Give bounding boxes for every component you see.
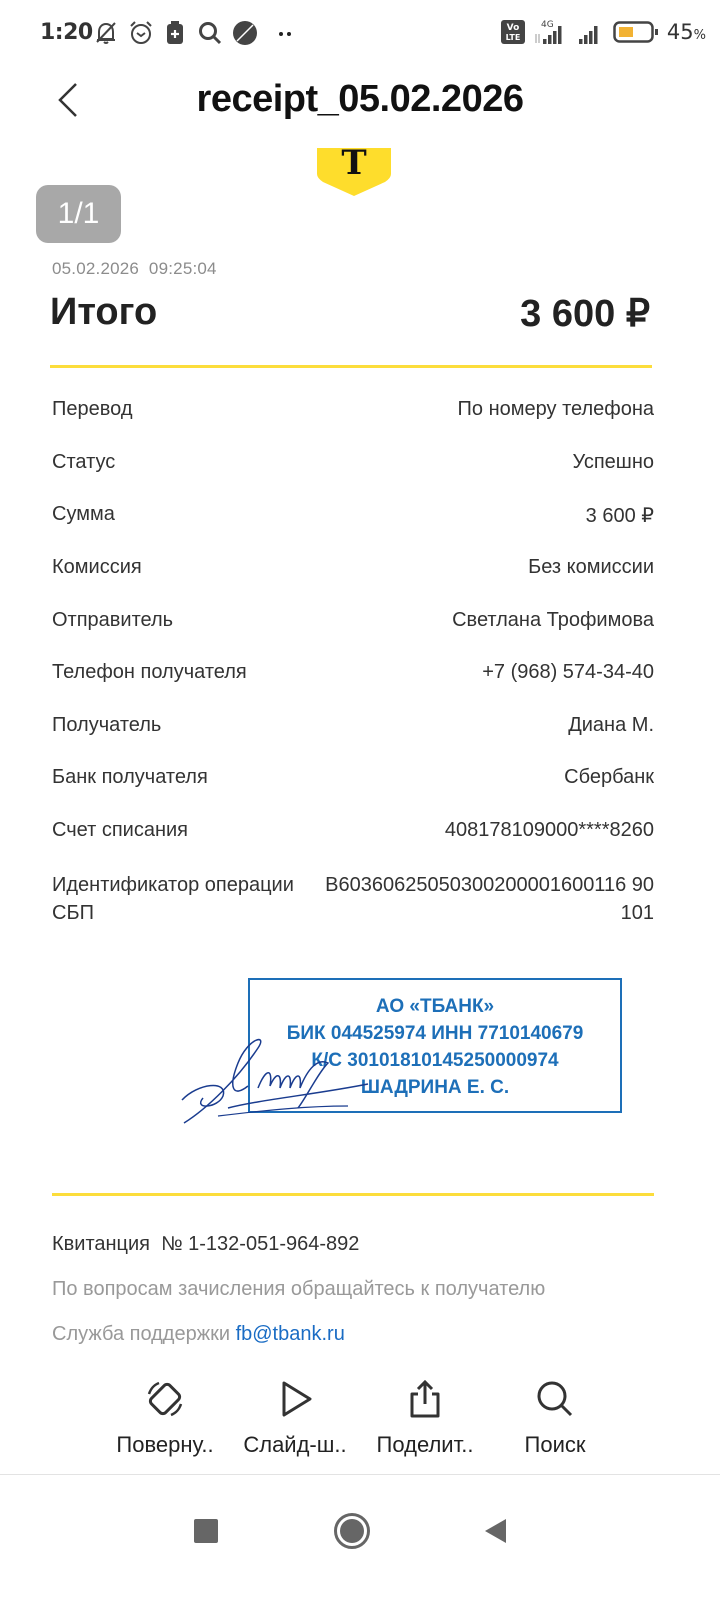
receipt-number: Квитанция № 1-132-051-964-892 <box>52 1233 359 1256</box>
status-bar: 1:20 Vo LTE <box>0 0 720 68</box>
alarm-icon <box>128 20 154 46</box>
nav-back-button[interactable] <box>466 1501 526 1561</box>
viewer-toolbar: Поверну.. Слайд-ш.. Поделит.. Поиск <box>0 1372 720 1472</box>
detail-row-commission: Комиссия Без комиссии <box>52 556 654 609</box>
status-right-group: Vo LTE 4G 45% <box>501 18 706 46</box>
receipt-details: Перевод По номеру телефона Статус Успешн… <box>52 398 654 927</box>
total-label: Итого <box>50 291 157 334</box>
search-button[interactable]: Поиск <box>490 1372 620 1472</box>
triangle-back-icon <box>483 1517 509 1545</box>
square-icon <box>193 1518 219 1544</box>
svg-text:LTE: LTE <box>506 33 521 42</box>
slideshow-button[interactable]: Слайд-ш.. <box>230 1372 360 1472</box>
bell-off-icon <box>94 20 118 46</box>
more-dots-icon <box>278 20 294 46</box>
battery-percent: 45% <box>667 20 706 44</box>
signal-4g-icon: 4G <box>533 18 569 46</box>
detail-row-recipient-bank: Банк получателя Сбербанк <box>52 766 654 819</box>
detail-row-sbp-id: Идентификатор операции СБП B603606250503… <box>52 871 654 927</box>
yellow-divider-bottom <box>52 1193 654 1196</box>
search-icon <box>197 20 223 46</box>
recents-button[interactable] <box>176 1501 236 1561</box>
home-button[interactable] <box>322 1501 382 1561</box>
volte-icon: Vo LTE <box>501 20 525 44</box>
share-icon <box>404 1378 446 1420</box>
signature-icon <box>178 1028 398 1128</box>
viewer-header: receipt_05.02.2026 <box>0 68 720 148</box>
receipt-datetime: 05.02.2026 09:25:04 <box>52 259 217 279</box>
detail-row-sender: Отправитель Светлана Трофимова <box>52 609 654 662</box>
planet-icon <box>231 20 259 46</box>
share-button[interactable]: Поделит.. <box>360 1372 490 1472</box>
play-icon <box>274 1378 316 1420</box>
battery-icon <box>613 19 659 45</box>
detail-row-recipient: Получатель Диана М. <box>52 714 654 767</box>
total-value: 3 600 ₽ <box>520 291 650 336</box>
rotate-button[interactable]: Поверну.. <box>100 1372 230 1472</box>
battery-saver-icon <box>165 20 185 46</box>
svg-text:4G: 4G <box>541 20 554 30</box>
status-time: 1:20 <box>40 20 93 45</box>
page-indicator: 1/1 <box>36 185 121 243</box>
home-circle-icon <box>333 1512 371 1550</box>
signal-icon <box>577 18 605 46</box>
receipt-document[interactable]: T 1/1 05.02.2026 09:25:04 Итого 3 600 ₽ … <box>0 148 720 1368</box>
svg-text:Vo: Vo <box>507 23 520 33</box>
recipient-note: По вопросам зачисления обращайтесь к пол… <box>52 1278 545 1301</box>
tbank-logo-icon: T <box>317 148 391 196</box>
detail-row-status: Статус Успешно <box>52 451 654 504</box>
rotate-icon <box>144 1378 186 1420</box>
detail-row-recipient-phone: Телефон получателя +7 (968) 574-34-40 <box>52 661 654 714</box>
svg-text:T: T <box>341 148 366 183</box>
file-title: receipt_05.02.2026 <box>0 78 720 121</box>
detail-row-amount: Сумма 3 600 ₽ <box>52 503 654 556</box>
support-line: Служба поддержки fb@tbank.ru <box>52 1323 345 1346</box>
system-nav-bar <box>0 1475 720 1600</box>
yellow-divider <box>50 365 652 368</box>
detail-row-debit-account: Счет списания 408178109000****8260 <box>52 819 654 872</box>
support-email-link[interactable]: fb@tbank.ru <box>236 1323 345 1345</box>
search-icon <box>534 1378 576 1420</box>
detail-row-transfer: Перевод По номеру телефона <box>52 398 654 451</box>
